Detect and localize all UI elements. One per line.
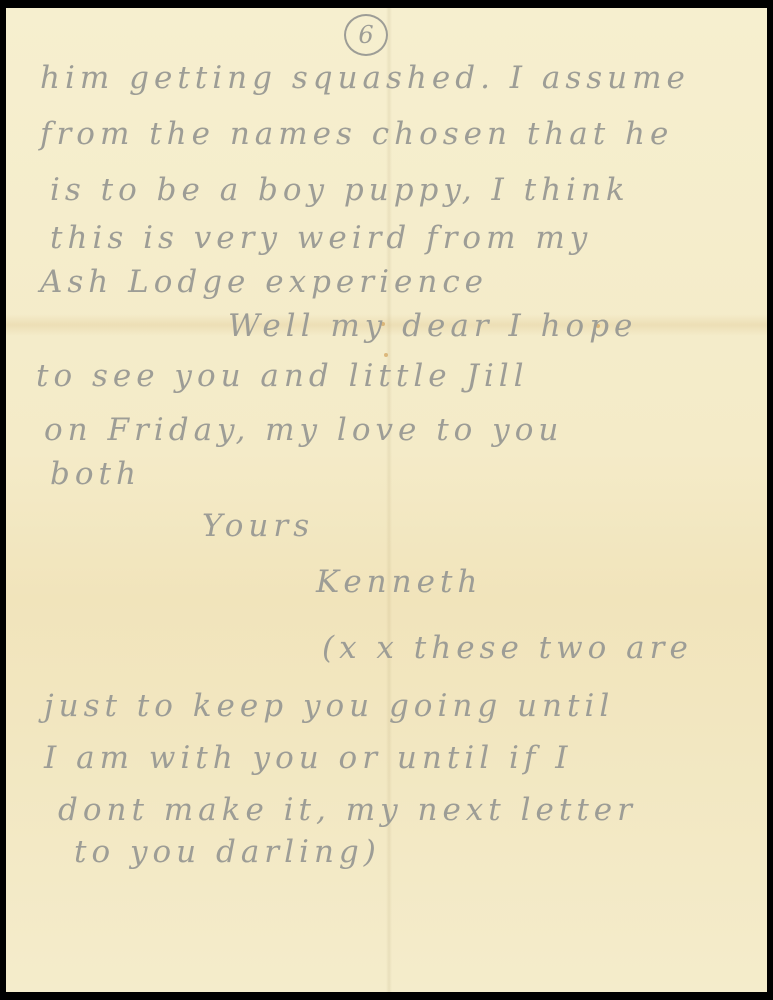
letter-line: is to be a boy puppy, I think (50, 172, 630, 208)
letter-line: just to keep you going until (44, 688, 614, 724)
letter-line: this is very weird from my (50, 220, 592, 256)
letter-line: on Friday, my love to you (44, 412, 563, 448)
foxing-spot (384, 353, 388, 357)
letter-signature: Kenneth (316, 564, 482, 600)
letter-line: from the names chosen that he (40, 116, 673, 152)
letter-line: I am with you or until if I (44, 740, 572, 776)
page-number: 6 (344, 14, 388, 56)
letter-line: (x x these two are (322, 630, 693, 666)
letter-line: to you darling) (74, 834, 381, 870)
letter-line: dont make it, my next letter (58, 792, 637, 828)
letter-line: Ash Lodge experience (40, 264, 488, 300)
letter-line: him getting squashed. I assume (40, 60, 690, 96)
letter-page: 6 him getting squashed. I assume from th… (6, 8, 767, 992)
vertical-fold (386, 8, 392, 992)
letter-line: to see you and little Jill (36, 358, 529, 394)
letter-line: both (50, 456, 141, 492)
letter-closing: Yours (202, 508, 314, 544)
letter-line: Well my dear I hope (228, 308, 637, 344)
